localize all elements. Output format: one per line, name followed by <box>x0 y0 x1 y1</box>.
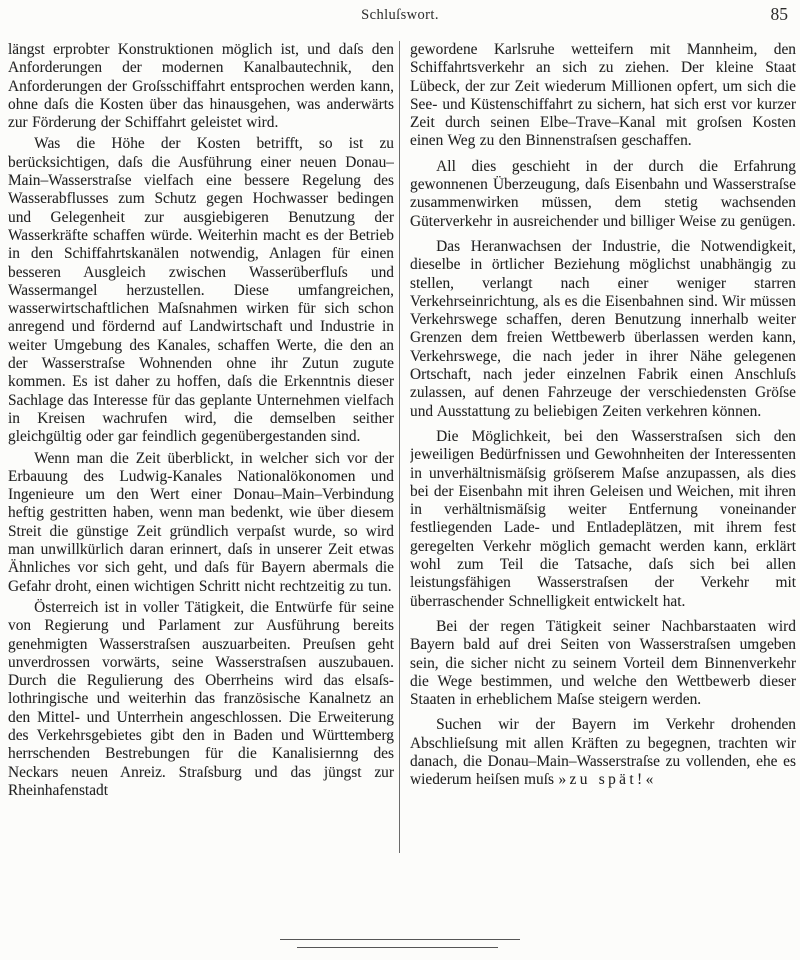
text-paragraph: Österreich ist in voller Tätigkeit, die … <box>8 599 394 800</box>
text-paragraph: gewordene Karlsruhe wetteifern mit Mannh… <box>410 41 796 151</box>
page-number: 85 <box>771 4 789 25</box>
running-title: Schluſswort. <box>0 7 800 24</box>
left-column: längst erprobter Konstruktionen möglich … <box>8 41 394 857</box>
text-paragraph: Wenn man die Zeit überblickt, in welcher… <box>8 450 394 596</box>
text-paragraph: längst erprobter Konstruktionen möglich … <box>8 41 394 132</box>
text-paragraph: Das Heranwachsen der Industrie, die Notw… <box>410 238 796 421</box>
text-paragraph: All dies geschieht in der durch die Erfa… <box>410 158 796 231</box>
end-ornament-rule-bottom <box>297 947 498 948</box>
end-ornament-rule-top <box>280 939 520 940</box>
text-paragraph: Bei der regen Tätigkeit seiner Nachbarst… <box>410 618 796 709</box>
closing-emphasis: »zu spät!« <box>558 771 656 788</box>
text-paragraph: Die Möglichkeit, bei den Wasserstraſsen … <box>410 428 796 611</box>
column-divider-rule <box>399 41 400 853</box>
two-column-text: längst erprobter Konstruktionen möglich … <box>8 41 796 857</box>
text-paragraph: Was die Höhe der Kosten betrifft, so ist… <box>8 135 394 446</box>
closing-paragraph: Suchen wir der Bayern im Verkehr drohend… <box>410 716 796 789</box>
right-column: gewordene Karlsruhe wetteifern mit Mannh… <box>410 41 796 857</box>
book-page: Schluſswort. 85 längst erprobter Konstru… <box>0 0 800 960</box>
